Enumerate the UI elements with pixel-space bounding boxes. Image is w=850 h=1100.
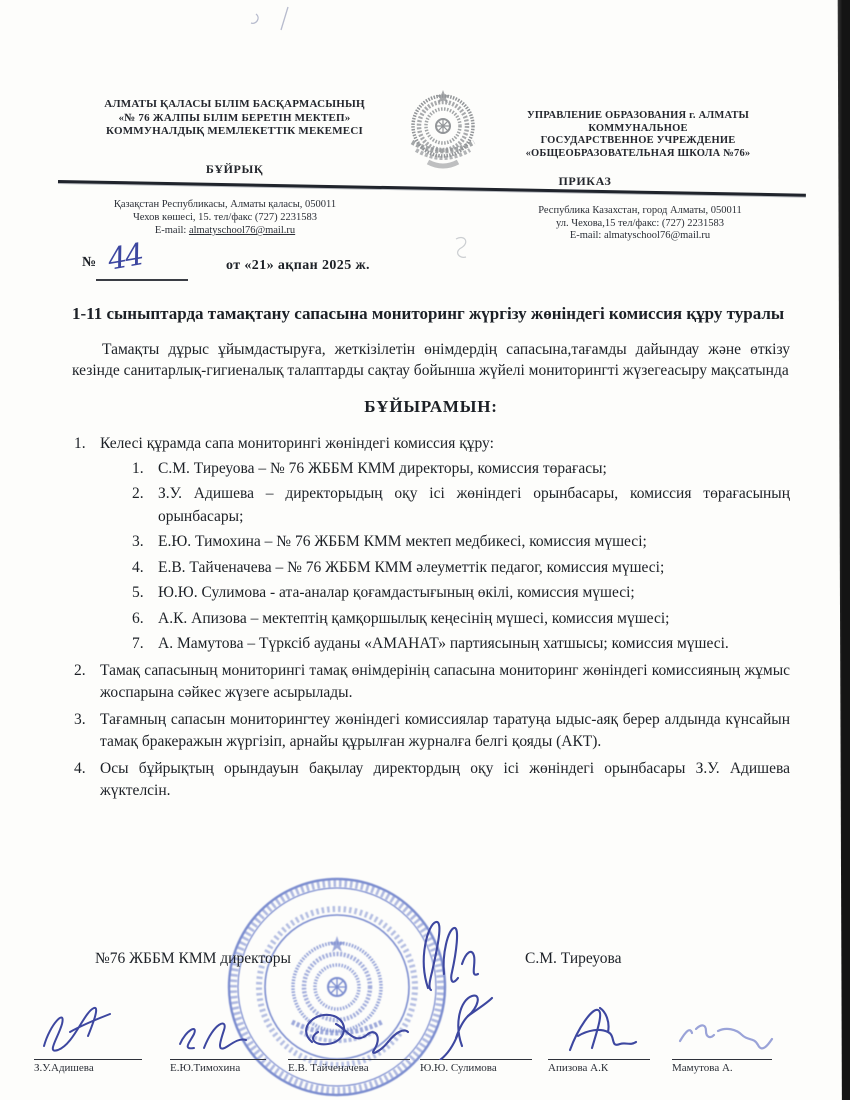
address-kazakh: Қазақстан Республикасы, Алматы қаласы, 0…	[70, 198, 380, 237]
member-number: 6.	[132, 608, 144, 631]
signatory-name: Апизова А.К	[548, 1060, 650, 1074]
org-name-russian-line2: КОММУНАЛЬНОЕ	[488, 123, 788, 136]
signature-scribble	[288, 1002, 418, 1060]
item-number: 1.	[74, 433, 86, 456]
member-7: 7.А. Мамутова – Түрксіб ауданы «АМАНАТ» …	[132, 633, 790, 656]
pencil-smudge	[448, 233, 482, 267]
org-name-russian-line1: УПРАВЛЕНИЕ ОБРАЗОВАНИЯ г. АЛМАТЫ	[488, 110, 788, 123]
org-name-russian-line4: «ОБЩЕОБРАЗОВАТЕЛЬНАЯ ШКОЛА №76»	[488, 148, 788, 161]
approval-name: С.М. Тиреуова	[525, 950, 621, 968]
signature-row: З.У.Адишева Е.Ю.Тимохина Е.В. Тай	[0, 1008, 820, 1088]
order-item-3: 3.Тағамның сапасын мониторингтеу жөнінде…	[72, 709, 790, 754]
document-number-handwritten: 44	[105, 237, 145, 277]
member-6: 6.А.К. Апизова – мектептің қамқоршылық к…	[132, 608, 790, 631]
item-text: Тағамның сапасын мониторингтеу жөніндегі…	[100, 711, 790, 751]
address-kazakh-email: E-mail: almatyschool76@mail.ru	[70, 224, 380, 237]
item-text: Келесі құрамда сапа мониторингі жөніндег…	[100, 435, 494, 452]
order-word: БҰЙЫРАМЫН:	[72, 397, 790, 417]
signature-scribble	[420, 990, 530, 1060]
address-russian-line1: Республика Казахстан, город Алматы, 0500…	[500, 205, 780, 218]
org-name-kazakh-line3: КОММУНАЛДЫҚ МЕМЛЕКЕТТІК МЕКЕМЕСІ	[62, 125, 407, 139]
signature-scribble	[672, 1005, 787, 1060]
member-text: З.У. Адишева – директорыдың оқу ісі жөні…	[158, 485, 790, 525]
signatory-taychenacheva: Е.В. Тайченачева	[288, 1059, 410, 1074]
member-number: 3.	[132, 531, 144, 554]
address-kazakh-line2: Чехов көшесі, 15. тел/факс (727) 2231583	[70, 211, 380, 224]
document-number-sign: №	[82, 255, 96, 271]
email-address: almatyschool76@mail.ru	[189, 225, 295, 236]
member-number: 2.	[132, 483, 144, 506]
signatory-name: Е.В. Тайченачева	[288, 1060, 410, 1074]
member-text: Ю.Ю. Сулимова - ата-аналар қоғамдастығын…	[158, 584, 635, 601]
signature-scribble	[548, 1002, 653, 1060]
signatory-sulimova: Ю.Ю. Сулимова	[420, 1059, 532, 1074]
pencil-mark	[222, 2, 318, 38]
member-number: 7.	[132, 633, 144, 656]
member-text: С.М. Тиреуова – № 76 ЖББМ КММ директоры,…	[158, 460, 607, 477]
order-items-list: 1. Келесі құрамда сапа мониторингі жөнін…	[72, 433, 790, 803]
signatory-timokhina: Е.Ю.Тимохина	[170, 1059, 266, 1074]
email-label: E-mail:	[155, 225, 189, 236]
member-number: 1.	[132, 458, 144, 481]
document-date: от «21» ақпан 2025 ж.	[226, 258, 370, 274]
order-body: 1-11 сыныптарда тамақтану сапасына монит…	[72, 302, 790, 807]
commission-members-list: 1.С.М. Тиреуова – № 76 ЖББМ КММ директор…	[132, 458, 790, 656]
member-4: 4.Е.В. Тайченачева – № 76 ЖББМ КММ әлеум…	[132, 557, 790, 580]
org-name-russian: УПРАВЛЕНИЕ ОБРАЗОВАНИЯ г. АЛМАТЫ КОММУНА…	[488, 110, 788, 160]
doc-type-kazakh: БҰЙРЫҚ	[62, 162, 407, 177]
org-name-kazakh: АЛМАТЫ ҚАЛАСЫ БІЛІМ БАСҚАРМАСЫНЫҢ «№ 76 …	[62, 98, 407, 139]
member-text: Е.В. Тайченачева – № 76 ЖББМ КММ әлеумет…	[158, 559, 664, 576]
org-name-kazakh-line2: «№ 76 ЖАЛПЫ БІЛІМ БЕРЕТІН МЕКТЕП»	[62, 112, 407, 126]
kazakhstan-emblem-icon	[402, 86, 484, 174]
address-russian-line3: E-mail: almatyschool76@mail.ru	[500, 230, 780, 243]
signatory-name: Мамутова А.	[672, 1060, 772, 1074]
signatory-apizova: Апизова А.К	[548, 1059, 650, 1074]
order-preamble: Тамақты дұрыс ұйымдастыруға, жеткізілеті…	[72, 340, 790, 381]
item-text: Тамақ сапасының мониторингі тамақ өнімде…	[100, 662, 790, 702]
org-name-russian-line3: ГОСУДАРСТВЕННОЕ УЧРЕЖДЕНИЕ	[488, 135, 788, 148]
member-text: А.К. Апизова – мектептің қамқоршылық кең…	[158, 610, 669, 627]
org-name-kazakh-line1: АЛМАТЫ ҚАЛАСЫ БІЛІМ БАСҚАРМАСЫНЫҢ	[62, 98, 407, 112]
member-text: А. Мамутова – Түрксіб ауданы «АМАНАТ» па…	[158, 635, 729, 652]
signature-scribble	[170, 1010, 270, 1060]
member-1: 1.С.М. Тиреуова – № 76 ЖББМ КММ директор…	[132, 458, 790, 481]
member-number: 4.	[132, 557, 144, 580]
address-russian: Республика Казахстан, город Алматы, 0500…	[500, 205, 780, 243]
signature-scribble	[34, 1002, 144, 1060]
order-title: 1-11 сыныптарда тамақтану сапасына монит…	[72, 302, 790, 326]
order-item-1: 1. Келесі құрамда сапа мониторингі жөнін…	[72, 433, 790, 656]
member-3: 3.Е.Ю. Тимохина – № 76 ЖББМ КММ мектеп м…	[132, 531, 790, 554]
address-russian-line2: ул. Чехова,15 тел/факс: (727) 2231583	[500, 218, 780, 231]
scanned-order-document: АЛМАТЫ ҚАЛАСЫ БІЛІМ БАСҚАРМАСЫНЫҢ «№ 76 …	[0, 0, 850, 1100]
member-5: 5.Ю.Ю. Сулимова - ата-аналар қоғамдастығ…	[132, 582, 790, 605]
item-text: Осы бұйрықтың орындауын бақылау директор…	[100, 760, 790, 800]
approval-role: №76 ЖББМ КММ директоры	[95, 950, 291, 968]
number-underline	[96, 279, 188, 281]
address-kazakh-line1: Қазақстан Республикасы, Алматы қаласы, 0…	[70, 198, 380, 211]
signatory-name: Е.Ю.Тимохина	[170, 1060, 266, 1074]
order-item-2: 2.Тамақ сапасының мониторингі тамақ өнім…	[72, 660, 790, 705]
member-text: Е.Ю. Тимохина – № 76 ЖББМ КММ мектеп мед…	[158, 533, 647, 550]
order-item-4: 4.Осы бұйрықтың орындауын бақылау директ…	[72, 758, 790, 803]
signatory-mamutova: Мамутова А.	[672, 1059, 772, 1074]
item-number: 3.	[74, 709, 86, 732]
signatory-name: Ю.Ю. Сулимова	[420, 1060, 532, 1074]
director-signature	[398, 912, 488, 1000]
item-number: 2.	[74, 660, 86, 683]
scan-edge-artifact	[836, 0, 850, 1100]
member-number: 5.	[132, 582, 144, 605]
doc-type-russian: ПРИКАЗ	[470, 174, 700, 189]
signatory-name: З.У.Адишева	[34, 1060, 142, 1074]
item-number: 4.	[74, 758, 86, 781]
signatory-adisheva: З.У.Адишева	[34, 1059, 142, 1074]
member-2: 2.З.У. Адишева – директорыдың оқу ісі жө…	[132, 483, 790, 528]
